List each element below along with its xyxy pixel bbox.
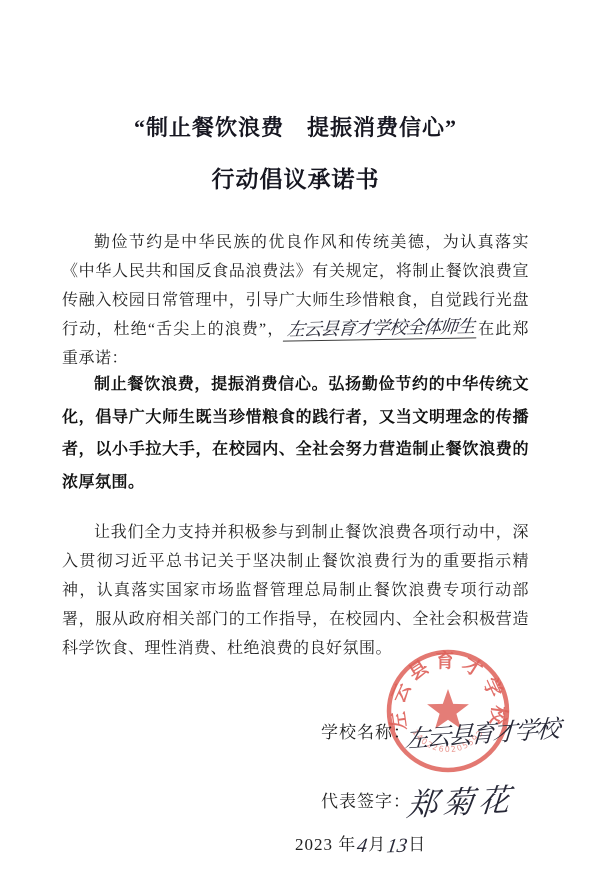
representative-signature-value: 郑菊花 — [405, 774, 517, 825]
school-name-value: 左云县育才学校 — [404, 708, 560, 754]
school-name-row: 学校名称：左云县育才学校 — [321, 714, 559, 749]
paragraph-action: 让我们全力支持并积极参与到制止餐饮浪费各项行动中，深入贯彻习近平总书记关于坚决制… — [62, 518, 529, 663]
paragraph-pledge: 制止餐饮浪费，提振消费信心。弘扬勤俭节约的中华传统文化，倡导广大师生既当珍惜粮食… — [62, 368, 529, 498]
handwritten-school-name-inline: 左云县育才学校全体师生 — [283, 316, 478, 341]
date-year: 2023 年 — [295, 835, 356, 854]
date-row: 2023 年4月13日 — [295, 830, 426, 858]
representative-signature-label: 代表签字： — [321, 792, 411, 811]
date-day-label: 日 — [408, 835, 426, 854]
representative-signature-row: 代表签字：郑菊花 — [321, 777, 515, 822]
date-day-value: 13 — [386, 835, 409, 859]
school-name-label: 学校名称： — [321, 723, 411, 742]
official-seal-stamp: 左云县育才学校 1402260205593 — [384, 647, 512, 775]
document-title-line1: “制止餐饮浪费 提振消费信心” — [0, 111, 591, 142]
commitment-letter-page: “制止餐饮浪费 提振消费信心” 行动倡议承诺书 勤俭节约是中华民族的优良作风和传… — [0, 0, 591, 886]
date-month-value: 4 — [356, 835, 369, 858]
document-title-line2: 行动倡议承诺书 — [0, 161, 591, 194]
paragraph-intro: 勤俭节约是中华民族的优良作风和传统美德，为认真落实《中华人民共和国反食品浪费法》… — [62, 228, 529, 373]
date-month-label: 月 — [368, 835, 386, 854]
